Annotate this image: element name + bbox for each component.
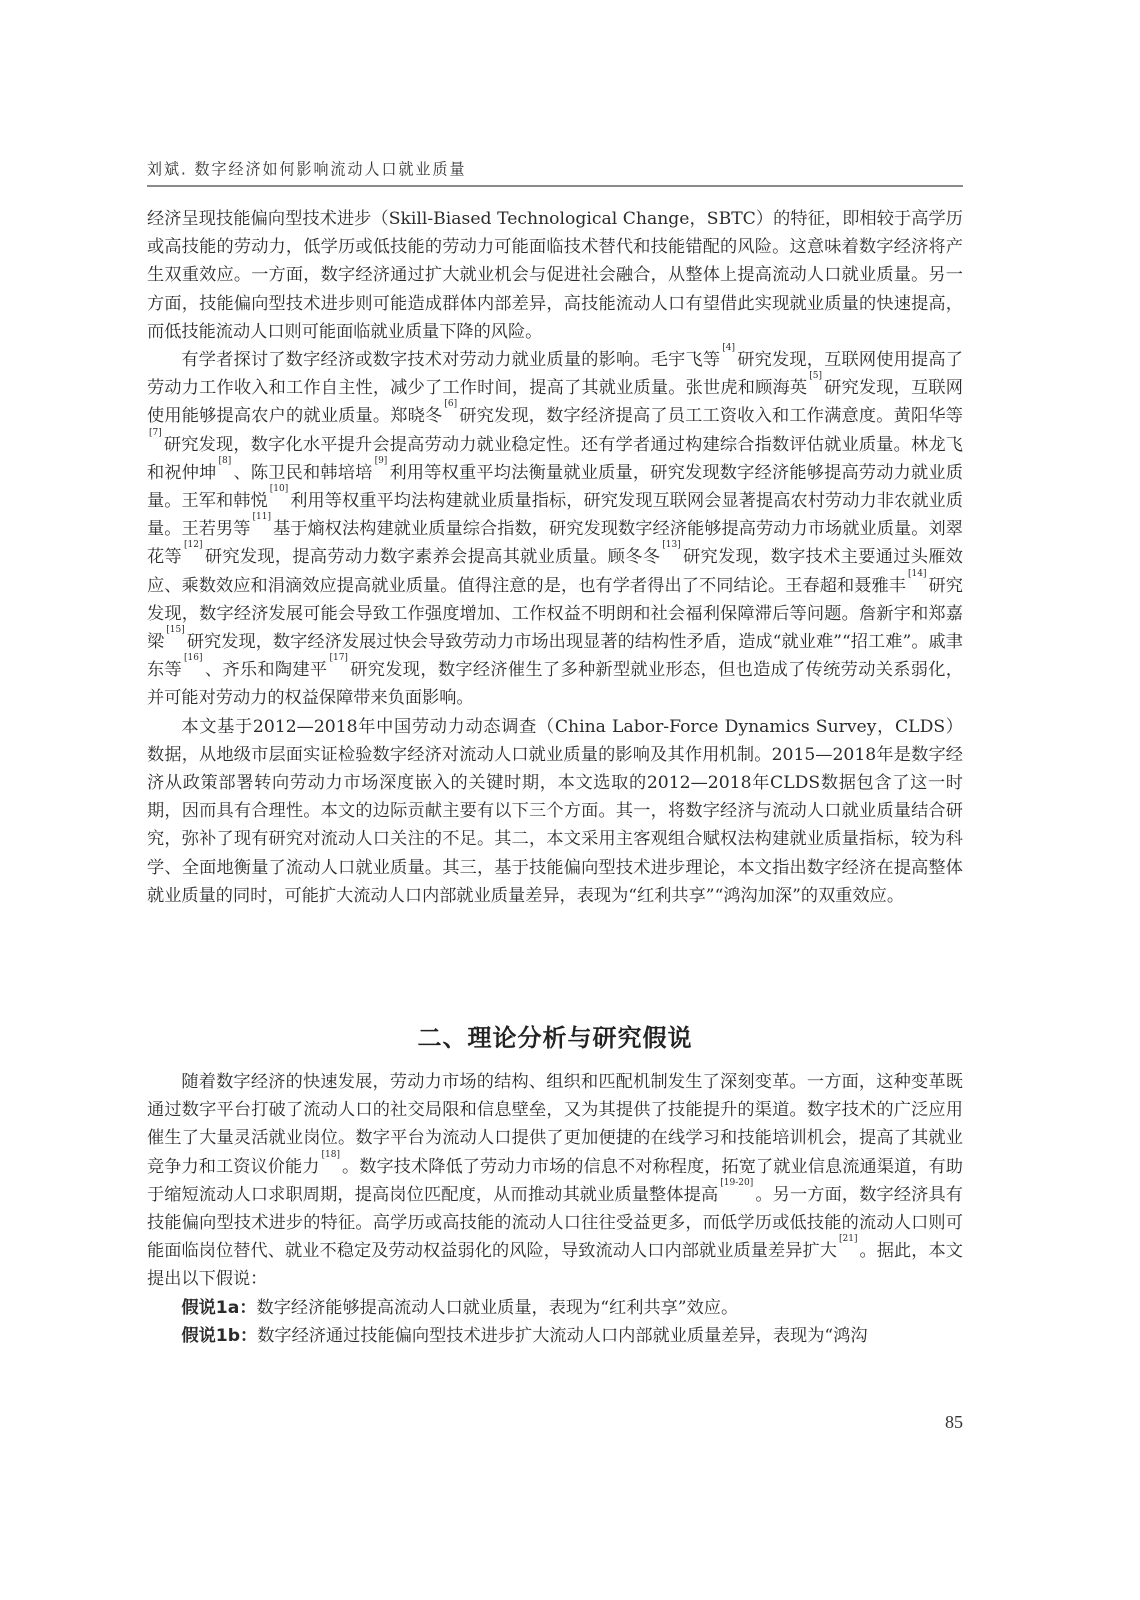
citation-marker[interactable]: [4] bbox=[722, 343, 735, 353]
citation-marker[interactable]: [7] bbox=[149, 428, 162, 438]
header-rule bbox=[147, 185, 963, 187]
paragraph: 有学者探讨了数字经济或数字技术对劳动力就业质量的影响。毛宇飞等[4]研究发现，互… bbox=[147, 346, 963, 713]
section-2-body: 随着数字经济的快速发展，劳动力市场的结构、组织和匹配机制发生了深刻变革。一方面，… bbox=[147, 1068, 963, 1350]
citation-marker[interactable]: [18] bbox=[322, 1150, 340, 1160]
citation-marker[interactable]: [10] bbox=[270, 484, 288, 494]
hypothesis-text: 数字经济能够提高流动人口就业质量，表现为“红利共享”效应。 bbox=[257, 1298, 739, 1318]
hypothesis-label: 假说1b： bbox=[181, 1326, 257, 1346]
paragraph-text: 、陈卫民和韩培培 bbox=[233, 463, 372, 483]
paragraph-text: 有学者探讨了数字经济或数字技术对劳动力就业质量的影响。毛宇飞等 bbox=[181, 350, 720, 370]
section-1-body: 经济呈现技能偏向型技术进步（Skill-Biased Technological… bbox=[147, 205, 963, 910]
citation-marker[interactable]: [6] bbox=[444, 399, 457, 409]
running-header: 刘斌. 数字经济如何影响流动人口就业质量 bbox=[147, 157, 963, 179]
citation-marker[interactable]: [19-20] bbox=[720, 1178, 753, 1188]
citation-marker[interactable]: [14] bbox=[908, 569, 926, 579]
paragraph: 随着数字经济的快速发展，劳动力市场的结构、组织和匹配机制发生了深刻变革。一方面，… bbox=[147, 1068, 963, 1294]
paragraph: 经济呈现技能偏向型技术进步（Skill-Biased Technological… bbox=[147, 205, 963, 346]
citation-marker[interactable]: [12] bbox=[184, 540, 202, 550]
hypothesis: 假说1b：数字经济通过技能偏向型技术进步扩大流动人口内部就业质量差异，表现为“鸿… bbox=[147, 1322, 963, 1350]
hypothesis-text: 数字经济通过技能偏向型技术进步扩大流动人口内部就业质量差异，表现为“鸿沟 bbox=[257, 1326, 867, 1346]
paragraph-text: 经济呈现技能偏向型技术进步（Skill-Biased Technological… bbox=[147, 209, 963, 342]
citation-marker[interactable]: [17] bbox=[329, 653, 347, 663]
paragraph-text: 本文基于2012—2018年中国劳动力动态调查（China Labor-Forc… bbox=[147, 717, 963, 906]
page-number: 85 bbox=[945, 1412, 963, 1433]
paragraph-text: 研究发现，提高劳动力数字素养会提高其就业质量。顾冬冬 bbox=[205, 547, 661, 567]
citation-marker[interactable]: [8] bbox=[219, 456, 232, 466]
section-heading: 二、理论分析与研究假说 bbox=[147, 1018, 963, 1053]
hypothesis-label: 假说1a： bbox=[181, 1298, 256, 1318]
hypothesis: 假说1a：数字经济能够提高流动人口就业质量，表现为“红利共享”效应。 bbox=[147, 1294, 963, 1322]
citation-marker[interactable]: [9] bbox=[375, 456, 388, 466]
citation-marker[interactable]: [15] bbox=[166, 625, 184, 635]
citation-marker[interactable]: [21] bbox=[839, 1234, 857, 1244]
citation-marker[interactable]: [11] bbox=[253, 512, 271, 522]
citation-marker[interactable]: [13] bbox=[662, 540, 680, 550]
citation-marker[interactable]: [16] bbox=[184, 653, 202, 663]
citation-marker[interactable]: [5] bbox=[809, 371, 822, 381]
paragraph-text: 研究发现，数字经济提高了员工工资收入和工作满意度。黄阳华等 bbox=[459, 406, 963, 426]
paragraph: 本文基于2012—2018年中国劳动力动态调查（China Labor-Forc… bbox=[147, 713, 963, 910]
paragraph-text: 、齐乐和陶建平 bbox=[205, 660, 328, 680]
